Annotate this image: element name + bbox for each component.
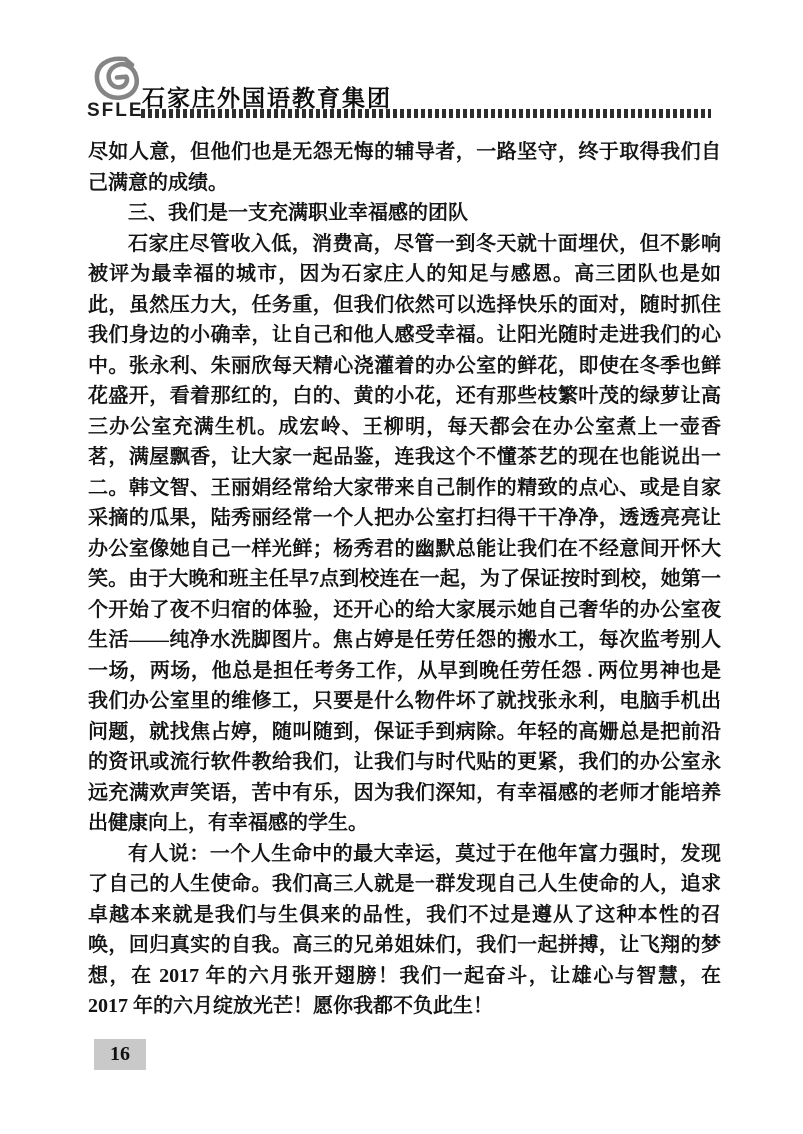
page-number: 16 xyxy=(94,1039,146,1070)
paragraph-continuation: 尽如人意，但他们也是无怨无悔的辅导者，一路坚守，终于取得我们自己满意的成绩。 xyxy=(88,137,721,198)
body-text: 尽如人意，但他们也是无怨无悔的辅导者，一路坚守，终于取得我们自己满意的成绩。 三… xyxy=(88,137,721,1022)
section-heading: 三、我们是一支充满职业幸福感的团队 xyxy=(88,198,721,229)
header-rule xyxy=(141,109,711,118)
logo-text: SFLE xyxy=(87,100,149,122)
paragraph: 有人说：一个人生命中的最大幸运，莫过于在他年富力强时，发现了自己的人生使命。我们… xyxy=(88,839,721,1022)
sfle-logo-icon xyxy=(92,55,142,105)
paragraph: 石家庄尽管收入低，消费高，尽管一到冬天就十面埋伏，但不影响被评为最幸福的城市，因… xyxy=(88,229,721,839)
document-page: SFLE 石家庄外国语教育集团 尽如人意，但他们也是无怨无悔的辅导者，一路坚守，… xyxy=(0,0,803,1134)
